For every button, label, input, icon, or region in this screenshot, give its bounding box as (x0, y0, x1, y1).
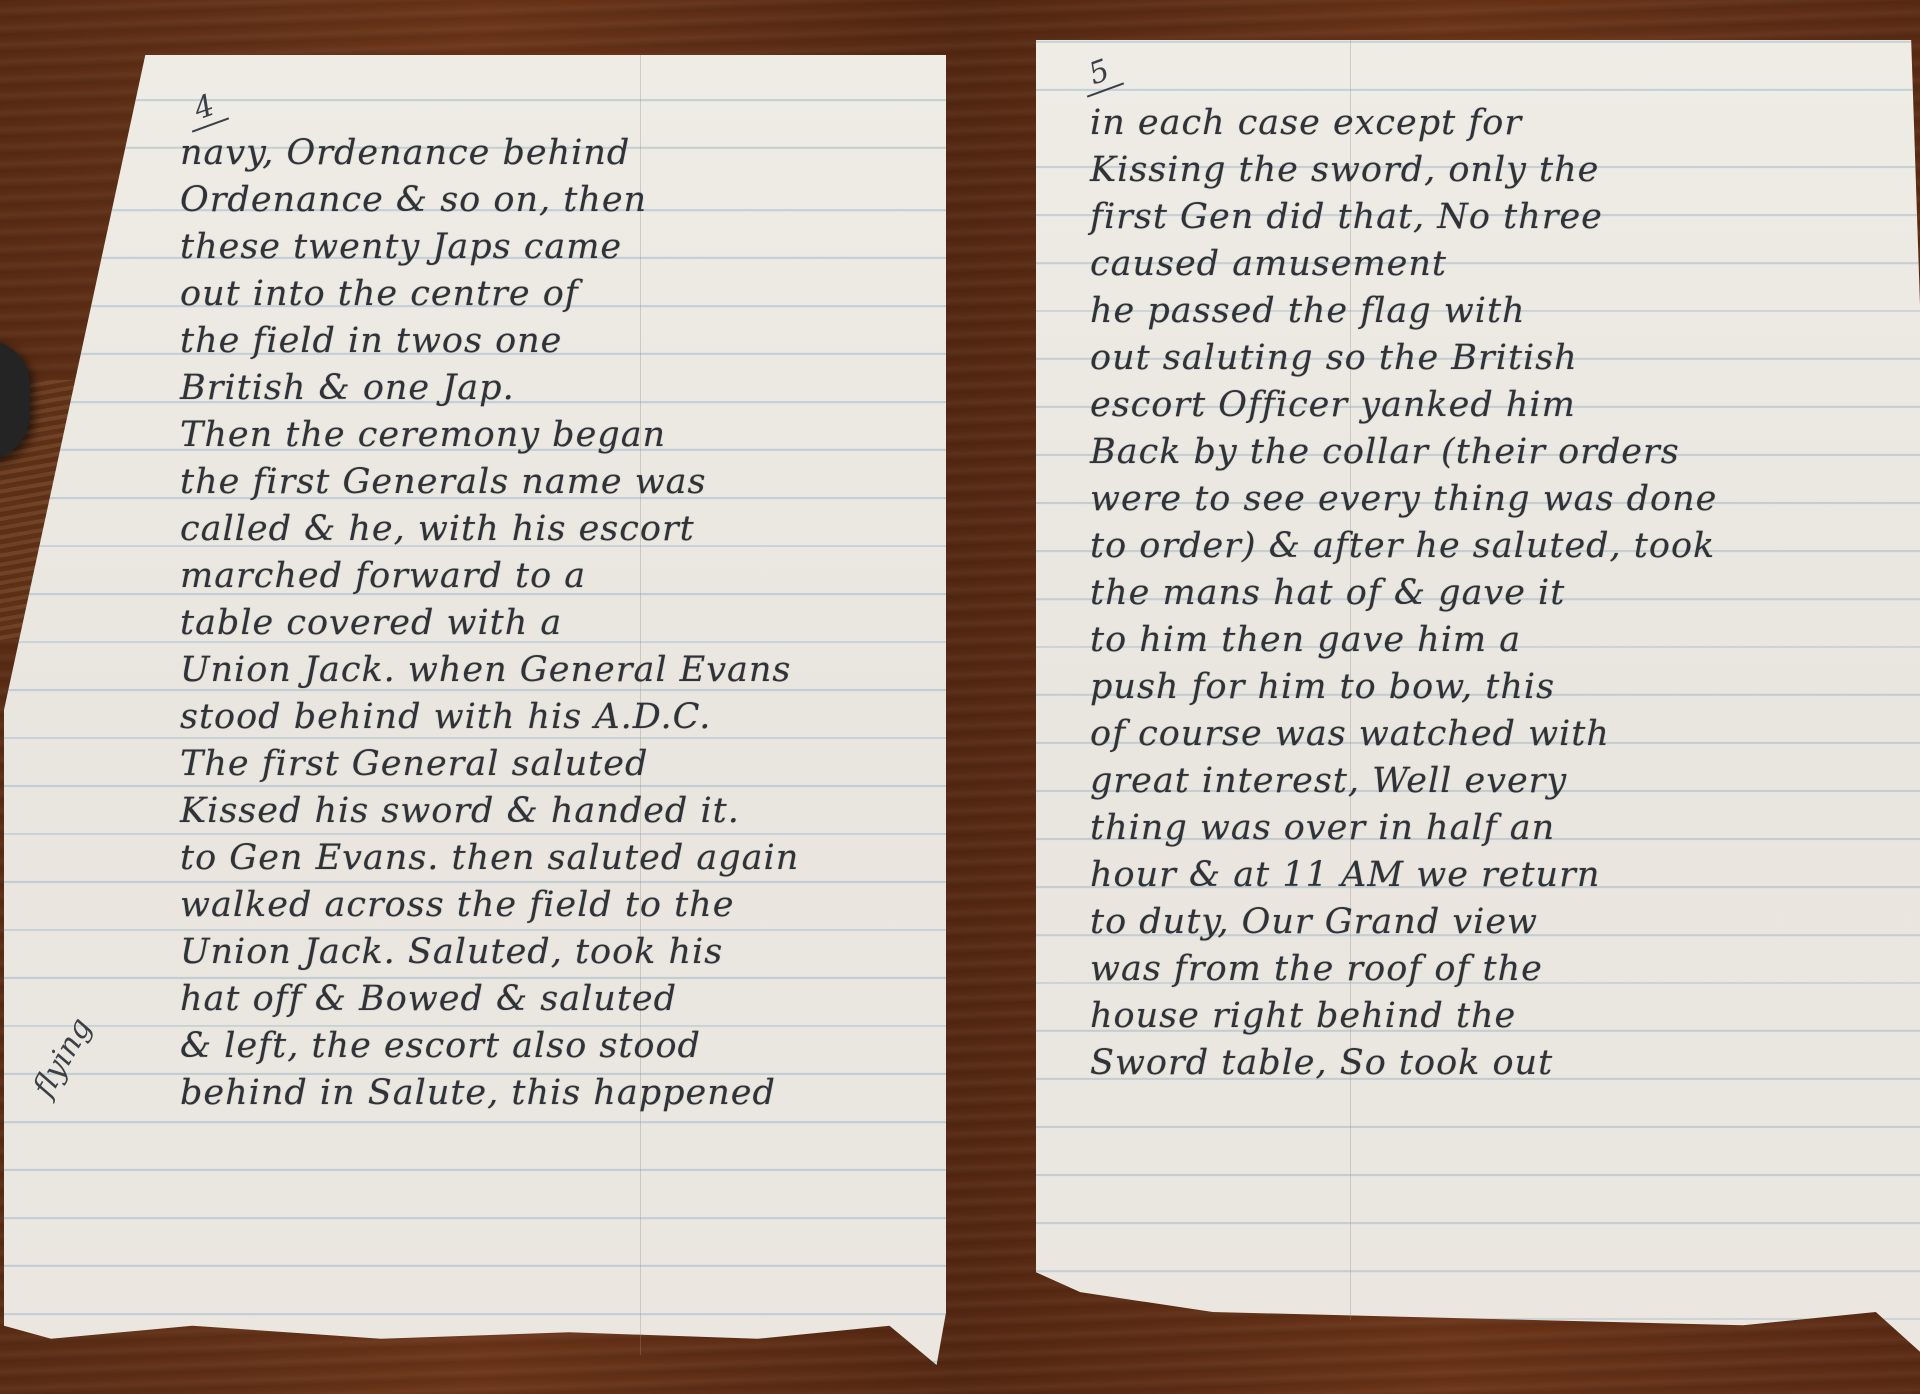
text-line: marched forward to a (180, 553, 940, 600)
text-line: The first General saluted (180, 741, 940, 788)
text-line: navy, Ordenance behind (180, 130, 940, 177)
text-line: stood behind with his A.D.C. (180, 694, 940, 741)
text-line: these twenty Japs came (180, 224, 940, 271)
text-line: the mans hat of & gave it (1090, 570, 1920, 617)
text-line: & left, the escort also stood (180, 1023, 940, 1070)
text-line: called & he, with his escort (180, 506, 940, 553)
text-line: British & one Jap. (180, 365, 940, 412)
text-line: Kissing the sword, only the (1090, 147, 1920, 194)
text-line: to Gen Evans. then saluted again (180, 835, 940, 882)
text-line: Union Jack. when General Evans (180, 647, 940, 694)
text-line: great interest, Well every (1090, 758, 1920, 805)
text-line: of course was watched with (1090, 711, 1920, 758)
text-line: caused amusement (1090, 241, 1920, 288)
text-line: out saluting so the British (1090, 335, 1920, 382)
text-line: first Gen did that, No three (1090, 194, 1920, 241)
text-line: to order) & after he saluted, took (1090, 523, 1920, 570)
text-line: hour & at 11 AM we return (1090, 852, 1920, 899)
text-line: Ordenance & so on, then (180, 177, 940, 224)
handwritten-text-page-4: navy, Ordenance behind Ordenance & so on… (180, 130, 940, 1117)
text-line: the first Generals name was (180, 459, 940, 506)
text-line: escort Officer yanked him (1090, 382, 1920, 429)
text-line: thing was over in half an (1090, 805, 1920, 852)
text-line: out into the centre of (180, 271, 940, 318)
text-line: walked across the field to the (180, 882, 940, 929)
text-line: to duty, Our Grand view (1090, 899, 1920, 946)
text-line: he passed the flag with (1090, 288, 1920, 335)
text-line: push for him to bow, this (1090, 664, 1920, 711)
text-line: Sword table, So took out (1090, 1040, 1920, 1087)
text-line: behind in Salute, this happened (180, 1070, 940, 1117)
text-line: to him then gave him a (1090, 617, 1920, 664)
text-line: in each case except for (1090, 100, 1920, 147)
text-line: Union Jack. Saluted, took his (180, 929, 940, 976)
text-line: was from the roof of the (1090, 946, 1920, 993)
text-line: were to see every thing was done (1090, 476, 1920, 523)
handwritten-text-page-5: in each case except for Kissing the swor… (1090, 100, 1920, 1087)
text-line: house right behind the (1090, 993, 1920, 1040)
text-line: Kissed his sword & handed it. (180, 788, 940, 835)
text-line: Back by the collar (their orders (1090, 429, 1920, 476)
text-line: Then the ceremony began (180, 412, 940, 459)
text-line: the field in twos one (180, 318, 940, 365)
text-line: table covered with a (180, 600, 940, 647)
text-line: hat off & Bowed & saluted (180, 976, 940, 1023)
